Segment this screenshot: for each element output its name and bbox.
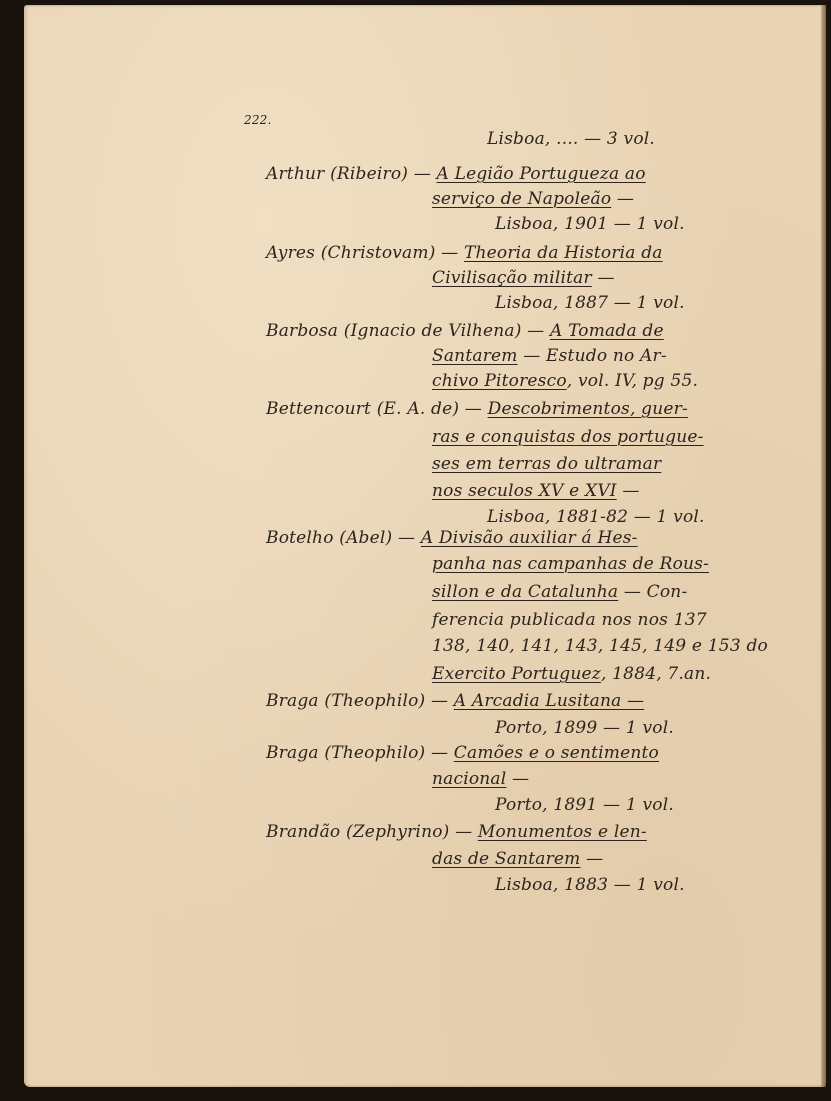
entry-continuation-line: nos seculos XV e XVI — (432, 481, 640, 501)
page-edge-shadow (821, 5, 826, 1087)
entry-author: Botelho (Abel) — (266, 528, 421, 548)
entry-continuation-line: Exercito Portuguez, 1884, 7.an. (432, 664, 711, 684)
entry-author: Ayres (Christovam) — (266, 243, 464, 263)
entry-title-part: ras e conquistas dos portugue- (432, 427, 704, 447)
entry-imprint-line: Porto, 1891 — 1 vol. (495, 795, 674, 815)
entry-title-part: serviço de Napoleão (432, 189, 611, 209)
entry-author: Barbosa (Ignacio de Vilhena) — (266, 321, 550, 341)
entry-heading-line: Ayres (Christovam) — Theoria da Historia… (266, 243, 663, 263)
entry-continuation-line: chivo Pitoresco, vol. IV, pg 55. (432, 371, 698, 391)
entry-heading-line: Bettencourt (E. A. de) — Descobrimentos,… (266, 399, 688, 419)
entry-title: A Legião Portugueza ao (437, 164, 646, 184)
entry-imprint-line: 138, 140, 141, 143, 145, 149 e 153 do (432, 636, 768, 656)
entry-title-part: ses em terras do ultramar (432, 454, 661, 474)
entry-continuation-line: Civilisação militar — (432, 268, 615, 288)
entry-imprint-line: Porto, 1899 — 1 vol. (495, 718, 674, 738)
entry-text-part: — (581, 849, 604, 869)
entry-title-part: chivo Pitoresco (432, 371, 567, 391)
entry-heading-line: Brandão (Zephyrino) — Monumentos e len- (266, 822, 647, 842)
entry-heading-line: Botelho (Abel) — A Divisão auxiliar á He… (266, 528, 638, 548)
entry-title-part: nacional (432, 769, 506, 789)
entry-title: Theoria da Historia da (464, 243, 663, 263)
entry-continuation-line: sillon e da Catalunha — Con- (432, 582, 687, 602)
entry-imprint-line: Lisboa, 1901 — 1 vol. (495, 214, 685, 234)
entry-continuation-line: Santarem — Estudo no Ar- (432, 346, 667, 366)
entry-text-part: — Estudo no Ar- (518, 346, 667, 366)
entry-title: Camões e o sentimento (454, 743, 659, 763)
entry-heading-line: Barbosa (Ignacio de Vilhena) — A Tomada … (266, 321, 664, 341)
entry-title-part: sillon e da Catalunha (432, 582, 618, 602)
entry-imprint-line: Lisboa, 1887 — 1 vol. (495, 293, 685, 313)
entry-title: Monumentos e len- (478, 822, 647, 842)
entry-continuation-line: nacional — (432, 769, 529, 789)
entry-heading-line: Braga (Theophilo) — A Arcadia Lusitana — (266, 691, 644, 711)
entry-imprint-line: ferencia publicada nos nos 137 (432, 610, 707, 630)
scanned-manuscript: 222. Lisboa, .... — 3 vol.Arthur (Ribeir… (0, 0, 831, 1101)
entry-title: A Tomada de (550, 321, 664, 341)
entry-author: Brandão (Zephyrino) — (266, 822, 478, 842)
entry-title-part: Santarem (432, 346, 518, 366)
entry-title-part: das de Santarem (432, 849, 581, 869)
entry-text-part: — Con- (618, 582, 687, 602)
entry-text-part: — (611, 189, 634, 209)
entry-text-part: — (592, 268, 615, 288)
entry-continuation-line: das de Santarem — (432, 849, 603, 869)
entry-heading-line: Braga (Theophilo) — Camões e o sentiment… (266, 743, 659, 763)
entry-author: Arthur (Ribeiro) — (266, 164, 437, 184)
entry-imprint-line: Lisboa, 1883 — 1 vol. (495, 875, 685, 895)
entry-continuation-line: ras e conquistas dos portugue- (432, 427, 704, 447)
entry-continuation-line: panha nas campanhas de Rous- (432, 554, 709, 574)
entry-continuation-line: serviço de Napoleão — (432, 189, 634, 209)
entry-imprint-line: Lisboa, 1881-82 — 1 vol. (487, 507, 705, 527)
page-number: 222. (244, 113, 272, 127)
entry-imprint-line: Lisboa, .... — 3 vol. (487, 129, 655, 149)
entry-title-part: nos seculos XV e XVI (432, 481, 617, 501)
entry-title-part: Civilisação militar (432, 268, 592, 288)
entry-title-part: Exercito Portuguez (432, 664, 601, 684)
entry-text-part: — (506, 769, 529, 789)
entry-text-part: , 1884, 7.an. (601, 664, 711, 684)
entry-title: A Arcadia Lusitana — (454, 691, 644, 711)
entry-text-part: — (617, 481, 640, 501)
entry-title-part: panha nas campanhas de Rous- (432, 554, 709, 574)
entry-text-part: , vol. IV, pg 55. (567, 371, 698, 391)
entry-heading-line: Arthur (Ribeiro) — A Legião Portugueza a… (266, 164, 646, 184)
entry-author: Braga (Theophilo) — (266, 691, 454, 711)
entry-title: A Divisão auxiliar á Hes- (421, 528, 638, 548)
entry-author: Braga (Theophilo) — (266, 743, 454, 763)
entry-continuation-line: ses em terras do ultramar (432, 454, 661, 474)
entry-title: Descobrimentos, guer- (488, 399, 688, 419)
entry-author: Bettencourt (E. A. de) — (266, 399, 488, 419)
